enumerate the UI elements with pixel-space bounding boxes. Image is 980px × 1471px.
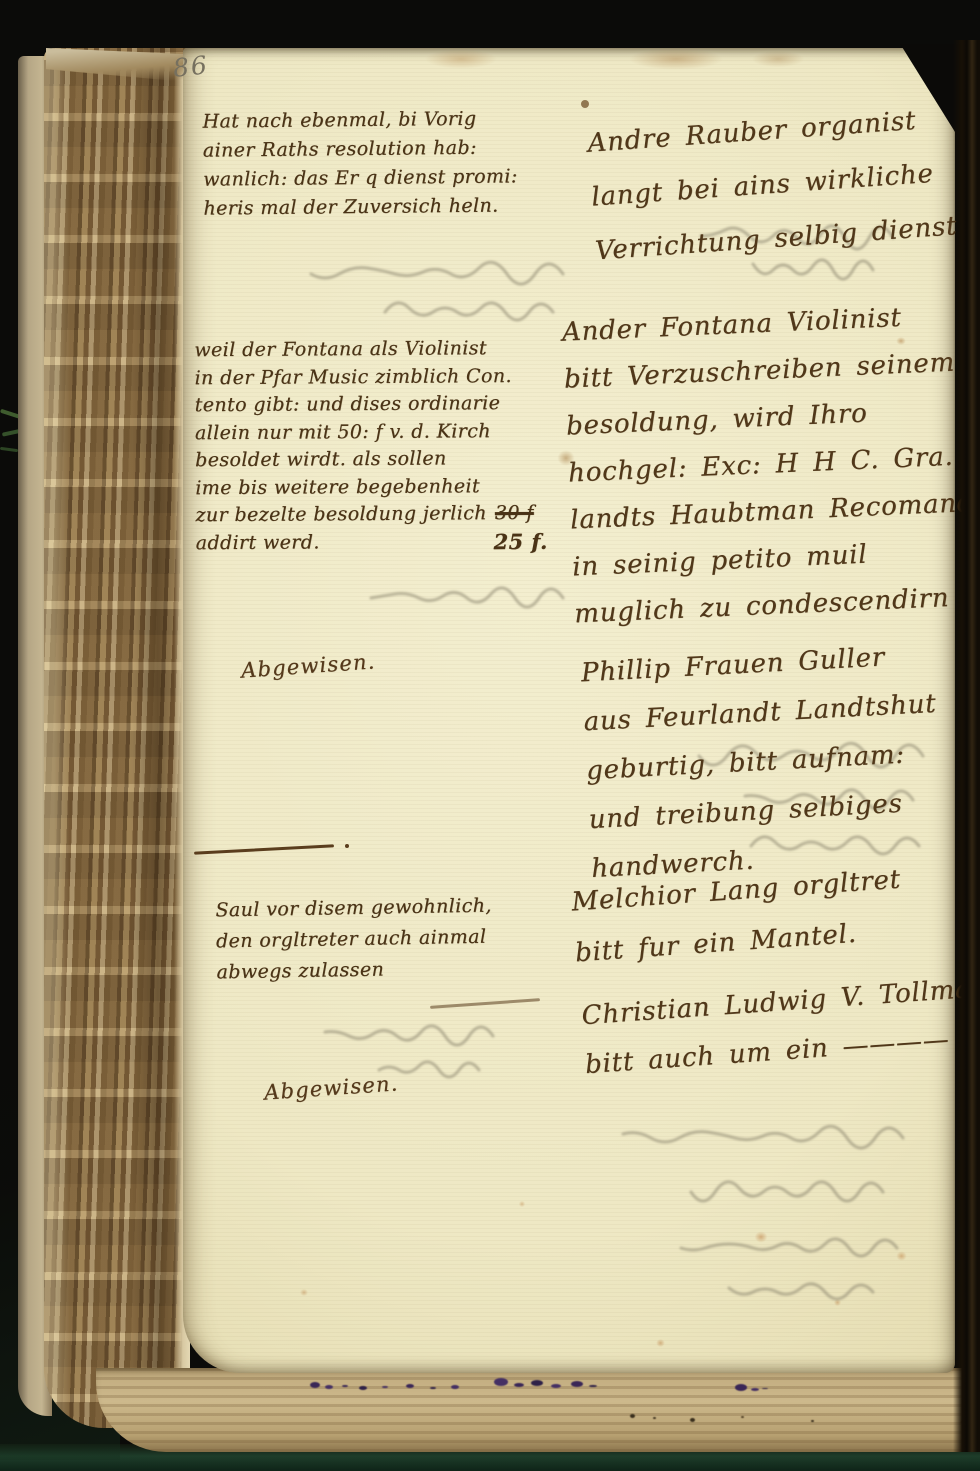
separator-dash xyxy=(430,998,540,1008)
bookmark-thread xyxy=(0,447,18,452)
page-block-bottom-edge xyxy=(96,1368,980,1452)
purple-ink-smudge xyxy=(735,1384,747,1391)
amount-value: 25 f. xyxy=(493,527,547,555)
folio-number: 86 xyxy=(172,50,211,83)
left-note-2: weil der Fontana als Violinist in der Pf… xyxy=(194,335,548,557)
foxing-spot xyxy=(299,1288,309,1297)
marginal-decision-2: Abgewisen. xyxy=(263,1071,399,1104)
separator-dot xyxy=(345,844,349,848)
left-note-3: Saul vor disem gewohnlich, den orgltrete… xyxy=(215,891,493,989)
closing-text: addirt werd. xyxy=(196,529,320,557)
manuscript-line: abwegs zulassen xyxy=(216,953,493,989)
bleedthrough-script xyxy=(533,1108,913,1308)
foxing-spot xyxy=(753,1230,769,1244)
book-fore-edge-pages xyxy=(44,48,190,1428)
foxing-spot xyxy=(895,1250,908,1262)
purple-ink-smudge xyxy=(310,1382,320,1388)
foxing-spot xyxy=(518,1200,526,1208)
stain xyxy=(611,44,741,74)
ink-spot xyxy=(581,100,589,108)
foxing-spot xyxy=(833,1298,842,1307)
manuscript-line: addirt werd.25 f. xyxy=(196,527,548,557)
right-entry-4: Melchior Lang orgltret bitt fur ein Mant… xyxy=(570,855,906,980)
right-entry-2: Ander Fontana Violinist bitt Verzuschrei… xyxy=(561,291,980,639)
purple-ink-smudge xyxy=(494,1378,508,1386)
manuscript-line: ainer Raths resolution hab: xyxy=(203,133,518,165)
manuscript-line: wanlich: das Er q dienst promi: xyxy=(203,162,518,194)
foxing-spot xyxy=(655,1338,666,1348)
manuscript-line: besoldet wirdt. als sollen xyxy=(195,445,547,475)
bleedthrough-script xyxy=(243,248,573,348)
manuscript-line: weil der Fontana als Violinist xyxy=(194,335,546,365)
stain xyxy=(743,48,813,70)
separator-dash xyxy=(194,844,334,854)
manuscript-line: in der Pfar Music zimblich Con. xyxy=(194,362,546,392)
manuscript-line: allein nur mit 50: f v. d. Kirch xyxy=(195,417,547,447)
right-entry-1: Andre Rauber organist langt bei ains wir… xyxy=(586,92,959,279)
manuscript-line: ime bis weitere begebenheit xyxy=(195,472,547,502)
right-entry-5: Christian Ludwig V. Tollman bitt auch um… xyxy=(580,964,980,1090)
manuscript-page: 86 Hat nach ebenmal, bi Vorig ainer Rath… xyxy=(183,48,955,1373)
manuscript-line: Saul vor disem gewohnlich, xyxy=(215,891,492,927)
bleedthrough-script xyxy=(273,568,573,628)
marginal-decision-1: Abgewisen. xyxy=(240,649,376,682)
left-note-1: Hat nach ebenmal, bi Vorig ainer Raths r… xyxy=(202,104,518,223)
book-photo: 86 Hat nach ebenmal, bi Vorig ainer Rath… xyxy=(0,0,980,1471)
manuscript-line: zur bezelte besoldung jerlich30 f xyxy=(195,500,547,530)
dirt-specks xyxy=(630,1414,635,1418)
manuscript-line: den orgltreter auch ainmal xyxy=(216,922,493,958)
struck-amount: 30 f xyxy=(495,502,534,524)
manuscript-line-text: zur bezelte besoldung jerlich xyxy=(195,502,487,526)
manuscript-line: heris mal der Zuversich heln. xyxy=(203,191,518,223)
stain xyxy=(413,46,509,72)
binding-gutter xyxy=(953,40,980,1452)
manuscript-line: Hat nach ebenmal, bi Vorig xyxy=(202,104,517,136)
manuscript-line: tento gibt: und dises ordinarie xyxy=(195,390,547,420)
